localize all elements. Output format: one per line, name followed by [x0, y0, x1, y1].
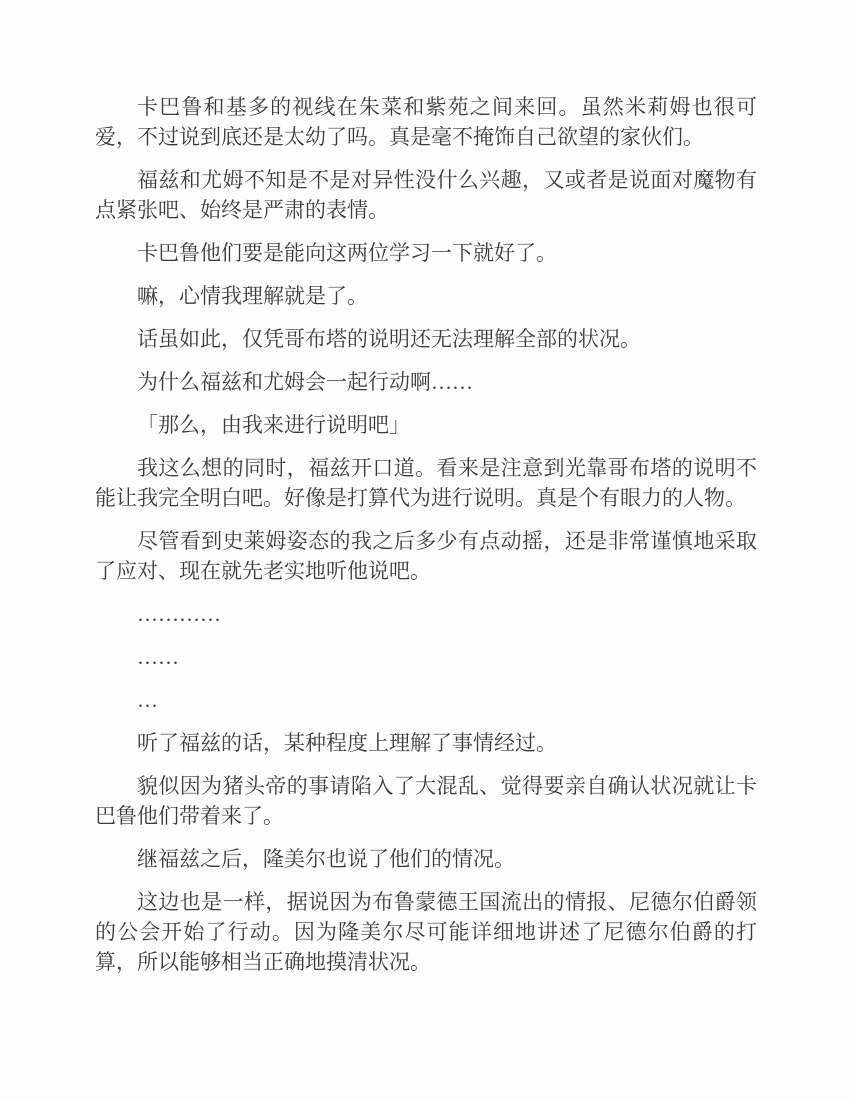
paragraph: 继福兹之后，隆美尔也说了他们的情况。 [95, 844, 757, 874]
paragraph: 话虽如此，仅凭哥布塔的说明还无法理解全部的状况。 [95, 324, 757, 354]
paragraph: 福兹和尤姆不知是不是对异性没什么兴趣，又或者是说面对魔物有点紧张吧、始终是严肃的… [95, 165, 757, 225]
paragraph: 为什么福兹和尤姆会一起行动啊…… [95, 367, 757, 397]
paragraph-ellipsis: … [95, 685, 757, 715]
paragraph-dialogue: 「那么，由我来进行说明吧」 [95, 410, 757, 440]
paragraph: 听了福兹的话，某种程度上理解了事情经过。 [95, 728, 757, 758]
paragraph: 我这么想的同时，福兹开口道。看来是注意到光靠哥布塔的说明不能让我完全明白吧。好像… [95, 453, 757, 513]
paragraph-ellipsis: …… [95, 642, 757, 672]
paragraph: 貌似因为猪头帝的事请陷入了大混乱、觉得要亲自确认状况就让卡巴鲁他们带着来了。 [95, 771, 757, 831]
paragraph-ellipsis: ………… [95, 599, 757, 629]
paragraph: 嘛，心情我理解就是了。 [95, 281, 757, 311]
paragraph: 卡巴鲁他们要是能向这两位学习一下就好了。 [95, 238, 757, 268]
paragraph: 卡巴鲁和基多的视线在朱菜和紫苑之间来回。虽然米莉姆也很可爱，不过说到底还是太幼了… [95, 92, 757, 152]
paragraph: 尽管看到史莱姆姿态的我之后多少有点动摇，还是非常谨慎地采取了应对、现在就先老实地… [95, 526, 757, 586]
novel-page: 卡巴鲁和基多的视线在朱菜和紫苑之间来回。虽然米莉姆也很可爱，不过说到底还是太幼了… [0, 0, 850, 1100]
paragraph: 这边也是一样，据说因为布鲁蒙德王国流出的情报、尼德尔伯爵领的公会开始了行动。因为… [95, 887, 757, 977]
novel-text-block: 卡巴鲁和基多的视线在朱菜和紫苑之间来回。虽然米莉姆也很可爱，不过说到底还是太幼了… [95, 92, 757, 990]
